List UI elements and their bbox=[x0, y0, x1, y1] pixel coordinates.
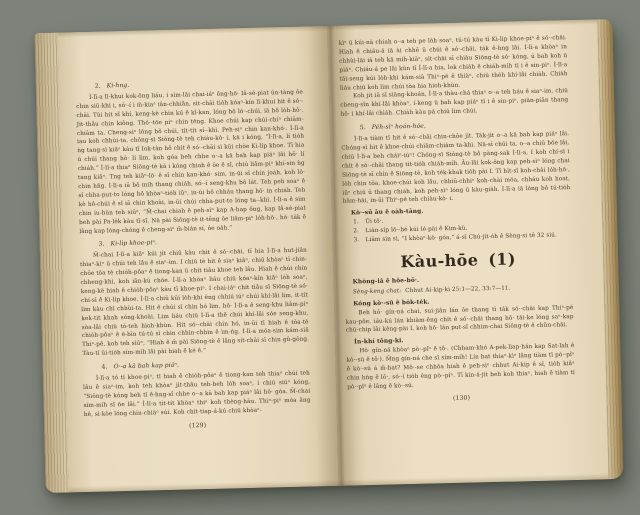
open-book: 2.Ki-hng.Ì-lī-a lī-khui kok-ông liáu, i … bbox=[34, 19, 623, 493]
section-number: 2. bbox=[95, 83, 101, 90]
chapter-part-number: (1) bbox=[488, 249, 516, 269]
right-page: kìⁿ ū kúi-nā chiah o·-a teh pe lo̍h soaⁿ… bbox=[327, 19, 608, 485]
paragraph: Beh hō· gín-ná chai, sui-jiân lán ōe tha… bbox=[345, 304, 574, 336]
section-number: 4. bbox=[102, 364, 108, 371]
left-page: 2.Ki-hng.Ì-lī-a lī-khui kok-ông liáu, i … bbox=[57, 26, 338, 492]
paragraph: kìⁿ ū kúi-nā chiah o·-a teh pe lo̍h soaⁿ… bbox=[339, 34, 568, 93]
scripture-text: Chhut Ai-ki̍p-kì 25:1—22, 33:7—11. bbox=[405, 285, 510, 294]
left-page-text-column: 2.Ki-hng.Ì-lī-a lī-khui kok-ông liáu, i … bbox=[57, 26, 337, 434]
paragraph: Hō· gín-ná khòaⁿ pò·-pîⁿ ê tô·. (Chham-k… bbox=[346, 342, 575, 392]
paragraph: Koh ji̍t iā sī siāng-khoán, Ì-lī-a thàu-… bbox=[340, 88, 569, 120]
paragraph: M̄-chai Ì-lī-a kiâⁿ kúi ji̍t chiū kàu ch… bbox=[80, 247, 310, 359]
section-title: Pe̍h-sìⁿ hoán-hóe, bbox=[372, 123, 426, 131]
paragraph: Ì-lī-a tó tī khoe-piⁿ, tī hiah ê chio̍h-… bbox=[83, 370, 311, 420]
list-item-number: 1. bbox=[353, 218, 359, 227]
paragraph: Ì-lī-a lī-khui kok-ông liáu, i sim-lāi c… bbox=[76, 88, 306, 236]
section-number: 5. bbox=[360, 124, 366, 131]
list-item-text: Ūi tô·. bbox=[365, 219, 384, 225]
list-item-number: 3. bbox=[354, 236, 360, 245]
section-title: Ki-li̍p khoe-piⁿ. bbox=[110, 240, 157, 248]
chapter-heading: Kàu-hōe(1) bbox=[344, 248, 572, 274]
page-number: (129) bbox=[84, 419, 311, 433]
book-photo-scene: 2.Ki-hng.Ì-lī-a lī-khui kok-ông liáu, i … bbox=[0, 0, 640, 515]
book-spread: 2.Ki-hng.Ì-lī-a lī-khui kok-ông liáu, i … bbox=[34, 19, 623, 493]
list-item-number: 2. bbox=[353, 227, 359, 236]
list-item-text: Liān-si̍p lō·-bé kúi lé-pài ê Kim-kù. bbox=[365, 226, 467, 234]
activity-list: 1.Ūi tô·.2.Liān-si̍p lō·-bé kúi lé-pài ê… bbox=[343, 213, 572, 245]
page-number: (130) bbox=[347, 392, 575, 406]
right-page-text-column: kìⁿ ū kúi-nā chiah o·-a teh pe lo̍h soaⁿ… bbox=[327, 19, 606, 406]
paragraph: Ì-lī-a tiàm tī hit ê só·-chāi chin-chōe … bbox=[341, 130, 571, 207]
scripture-label: Sèng-keng chat: bbox=[353, 288, 401, 295]
chapter-title: Kàu-hōe bbox=[400, 250, 478, 271]
section-title: O·-a kā bah kap piáⁿ. bbox=[113, 362, 179, 371]
section-title: Ki-hng. bbox=[107, 82, 130, 90]
section-number: 3. bbox=[99, 241, 105, 248]
